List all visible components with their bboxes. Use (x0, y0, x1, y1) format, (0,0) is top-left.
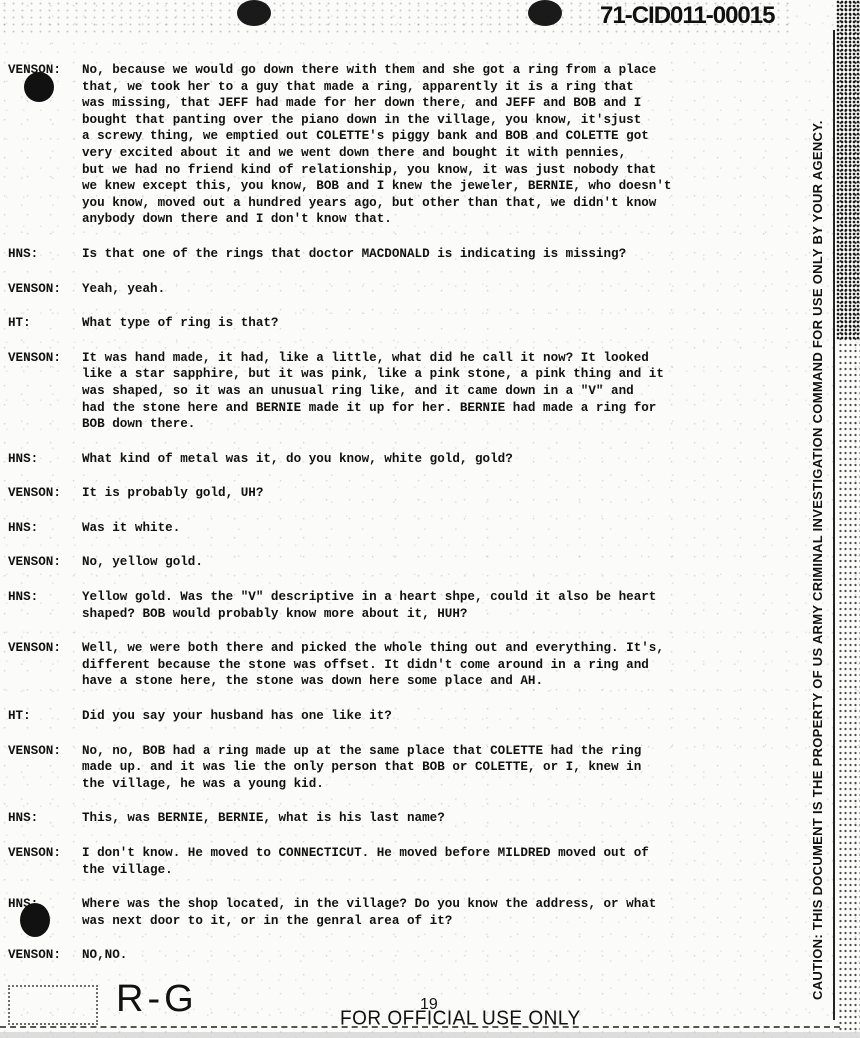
speaker-label: VENSON: (8, 640, 82, 690)
caution-notice: CAUTION: THIS DOCUMENT IS THE PROPERTY O… (810, 120, 825, 1000)
scan-edge (0, 1032, 860, 1038)
speaker-label: HNS: (8, 810, 82, 827)
speaker-text: Did you say your husband has one like it… (82, 708, 778, 725)
speaker-text: I don't know. He moved to CONNECTICUT. H… (82, 845, 778, 878)
document-id: 71-CID011-00015 (600, 2, 774, 30)
speaker-label: HNS: (8, 451, 82, 468)
speaker-label: VENSON: (8, 62, 82, 228)
speaker-label: HNS: (8, 520, 82, 537)
speaker-label: VENSON: (8, 845, 82, 878)
speaker-label: VENSON: (8, 281, 82, 298)
speaker-text: What kind of metal was it, do you know, … (82, 451, 778, 468)
speaker-label: VENSON: (8, 947, 82, 964)
punch-hole-icon (237, 0, 271, 26)
speaker-text: Is that one of the rings that doctor MAC… (82, 246, 778, 263)
transcript-entry: VENSON:Well, we were both there and pick… (8, 640, 778, 690)
speaker-label: HT: (8, 315, 82, 332)
transcript-entry: HT:What type of ring is that? (8, 315, 778, 332)
transcript-entry: HT:Did you say your husband has one like… (8, 708, 778, 725)
transcript-entry: HNS:What kind of metal was it, do you kn… (8, 451, 778, 468)
speaker-text: NO,NO. (82, 947, 778, 964)
transcript-entry: VENSON:Yeah, yeah. (8, 281, 778, 298)
speaker-text: It was hand made, it had, like a little,… (82, 350, 778, 433)
transcript-entry: VENSON:No, yellow gold. (8, 554, 778, 571)
margin-rule (833, 30, 835, 1020)
handwritten-mark: R-G (116, 978, 198, 1021)
footer-rule (0, 1026, 840, 1029)
transcript-entry: VENSON:No, no, BOB had a ring made up at… (8, 743, 778, 793)
transcript-entry: HNS:This, was BERNIE, BERNIE, what is hi… (8, 810, 778, 827)
speaker-label: HT: (8, 708, 82, 725)
speaker-text: No, yellow gold. (82, 554, 778, 571)
transcript-entry: HNS:Was it white. (8, 520, 778, 537)
transcript-entry: VENSON:It is probably gold, UH? (8, 485, 778, 502)
speaker-label: VENSON: (8, 554, 82, 571)
speaker-text: No, no, BOB had a ring made up at the sa… (82, 743, 778, 793)
transcript-entry: VENSON:I don't know. He moved to CONNECT… (8, 845, 778, 878)
transcript-entry: HNS:Where was the shop located, in the v… (8, 896, 778, 929)
speaker-text: No, because we would go down there with … (82, 62, 778, 228)
faded-stamp (8, 985, 98, 1025)
document-page: 71-CID011-00015 VENSON:No, because we wo… (0, 0, 860, 1038)
transcript-entry: VENSON:It was hand made, it had, like a … (8, 350, 778, 433)
speaker-label: VENSON: (8, 485, 82, 502)
speaker-label: HNS: (8, 896, 82, 929)
speaker-label: VENSON: (8, 350, 82, 433)
speaker-label: VENSON: (8, 743, 82, 793)
transcript-entry: VENSON:NO,NO. (8, 947, 778, 964)
transcript-entry: HNS:Is that one of the rings that doctor… (8, 246, 778, 263)
speaker-text: This, was BERNIE, BERNIE, what is his la… (82, 810, 778, 827)
transcript-entry: VENSON:No, because we would go down ther… (8, 62, 778, 228)
transcript: VENSON:No, because we would go down ther… (8, 44, 778, 964)
speaker-text: Yellow gold. Was the "V" descriptive in … (82, 589, 778, 622)
transcript-entry: HNS:Yellow gold. Was the "V" descriptive… (8, 589, 778, 622)
speaker-text: It is probably gold, UH? (82, 485, 778, 502)
speaker-text: Yeah, yeah. (82, 281, 778, 298)
speaker-label: HNS: (8, 246, 82, 263)
speaker-text: Well, we were both there and picked the … (82, 640, 778, 690)
speaker-text: Was it white. (82, 520, 778, 537)
speaker-text: What type of ring is that? (82, 315, 778, 332)
scan-noise-margin (838, 0, 860, 1038)
punch-hole-icon (528, 0, 562, 26)
speaker-label: HNS: (8, 589, 82, 622)
speaker-text: Where was the shop located, in the villa… (82, 896, 778, 929)
